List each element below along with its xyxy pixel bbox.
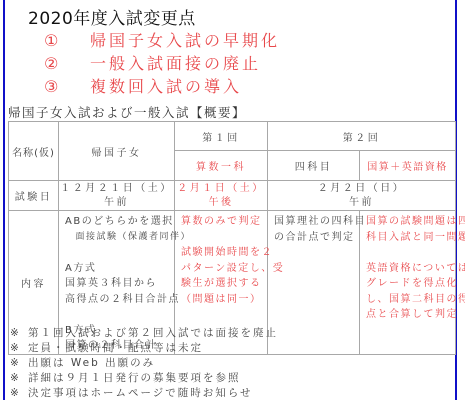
notes-list: ※第１回入試および第２回入試では面接を廃止 ※定員・試験時間・配点等は未定 ※出… <box>10 326 278 400</box>
content-gap <box>181 230 261 246</box>
content-gap <box>366 245 449 261</box>
round1-date-cell: ２月１日（土） 午後 <box>175 181 268 211</box>
note-text: 決定事項はホームページで随時お知らせ <box>28 387 252 399</box>
note-text: 定員・試験時間・配点等は未定 <box>28 342 203 354</box>
note-text: 第１回入試および第２回入試では面接を廃止 <box>28 327 278 339</box>
change-number: ③ <box>44 77 90 96</box>
kikoku-date-cell: １２月２１日（土） 午前 <box>59 181 175 211</box>
note-item: ※第１回入試および第２回入試では面接を廃止 <box>10 326 278 341</box>
content-line: の合計点で判定 <box>274 230 353 246</box>
reference-mark-icon: ※ <box>10 386 28 400</box>
round1-date: ２月１日（土） <box>175 182 267 196</box>
note-item: ※詳細は９月１日発行の募集要項を参照 <box>10 371 278 386</box>
kikoku-name: 帰国子女 <box>59 122 175 181</box>
content-line: 点と合算して判定 <box>366 307 449 323</box>
content-line: 験生が選択する <box>181 276 261 292</box>
content-line: ABのどちらかを選択 <box>65 214 168 230</box>
note-item: ※決定事項はホームページで随時お知らせ <box>10 386 278 400</box>
row-label-date: 試験日 <box>9 181 59 211</box>
content-line: し、国算二科目の得 <box>366 292 449 308</box>
content-line: 科目入試と同一問題 <box>366 230 449 246</box>
reference-mark-icon: ※ <box>10 341 28 356</box>
table-row-date: 試験日 １２月２１日（土） 午前 ２月１日（土） 午後 ２月２日（日） 午前 <box>9 181 456 211</box>
content-line: （問題は同一） <box>181 292 261 308</box>
change-item-1: ①帰国子女入試の早期化 <box>44 28 280 51</box>
round2-english-content: 国算の試験問題は四 科目入試と同一問題 英語資格については グレードを得点化 し… <box>360 211 456 355</box>
overview-table: 名称(仮) 帰国子女 第１回 第２回 算数一科 四科目 国算＋英語資格 試験日 … <box>8 121 456 355</box>
kikoku-date: １２月２１日（土） <box>59 182 174 196</box>
content-line: 国算の試験問題は四 <box>366 214 449 230</box>
reference-mark-icon: ※ <box>10 371 28 386</box>
content-line: 国算英３科目から <box>65 276 168 292</box>
content-line: グレードを得点化 <box>366 276 449 292</box>
round2-four-subject: 四科目 <box>268 151 360 181</box>
change-number: ② <box>44 54 90 73</box>
content-line: 国算理社の四科目 <box>274 214 353 230</box>
table-row-header: 名称(仮) 帰国子女 第１回 第２回 <box>9 122 456 151</box>
page-title: 2020年度入試変更点 <box>28 4 196 29</box>
change-text: 一般入試面接の廃止 <box>90 54 261 73</box>
note-text: 詳細は９月１日発行の募集要項を参照 <box>28 372 241 384</box>
round2-header: 第２回 <box>268 122 456 151</box>
content-line: A方式 <box>65 261 168 277</box>
frame-left-border <box>3 0 5 400</box>
content-line: 面接試験（保護者同伴） <box>65 230 168 246</box>
round2-time: 午前 <box>268 196 455 210</box>
row-label-name: 名称(仮) <box>9 122 59 181</box>
round1-time: 午後 <box>175 196 267 210</box>
content-line: 試験開始時間を２ <box>181 245 261 261</box>
content-gap <box>65 245 168 261</box>
content-line: 算数のみで判定 <box>181 214 261 230</box>
change-item-2: ②一般入試面接の廃止 <box>44 51 261 74</box>
reference-mark-icon: ※ <box>10 356 28 371</box>
note-item: ※定員・試験時間・配点等は未定 <box>10 341 278 356</box>
kikoku-time: 午前 <box>59 196 174 210</box>
note-item: ※出願は Web 出願のみ <box>10 356 278 371</box>
round2-date: ２月２日（日） <box>268 182 455 196</box>
content-gap <box>65 307 168 323</box>
content-line: 高得点の２科目合計点 <box>65 292 168 308</box>
round2-english-subject: 国算＋英語資格 <box>360 151 456 181</box>
content-line: パターン設定し、受 <box>181 261 261 277</box>
change-number: ① <box>44 31 90 50</box>
note-text: 出願は Web 出願のみ <box>28 357 155 369</box>
change-item-3: ③複数回入試の導入 <box>44 74 242 97</box>
round1-subject: 算数一科 <box>175 151 268 181</box>
content-line: 英語資格については <box>366 261 449 277</box>
reference-mark-icon: ※ <box>10 326 28 341</box>
change-text: 帰国子女入試の早期化 <box>90 31 280 50</box>
change-text: 複数回入試の導入 <box>90 77 242 96</box>
round2-four-content: 国算理社の四科目 の合計点で判定 <box>268 211 360 355</box>
round2-date-cell: ２月２日（日） 午前 <box>268 181 456 211</box>
round1-header: 第１回 <box>175 122 268 151</box>
section-subtitle: 帰国子女入試および一般入試【概要】 <box>8 103 246 121</box>
